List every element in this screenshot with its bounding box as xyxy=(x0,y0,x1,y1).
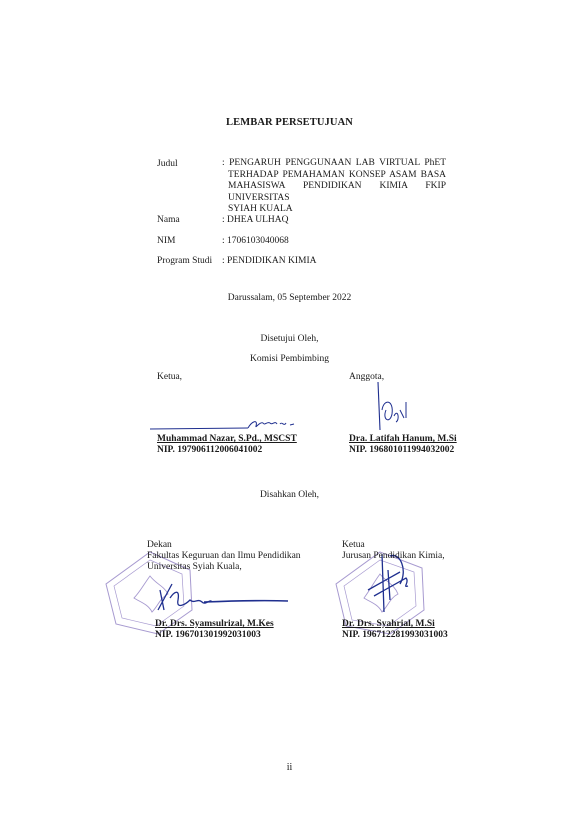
supervisor-nip: NIP. 197906112006041002 xyxy=(157,445,262,455)
official-role-line: Fakultas Keguruan dan Ilmu Pendidikan xyxy=(147,551,301,563)
official-role-line: Ketua xyxy=(342,540,365,552)
judul-value: : PENGARUH PENGGUNAAN LAB VIRTUAL PhET T… xyxy=(222,158,446,216)
official-nip: NIP. 196712281993031003 xyxy=(342,630,448,640)
official-nip: NIP. 196701301992031003 xyxy=(155,630,261,640)
committee-title: Komisi Pembimbing xyxy=(0,354,579,364)
judul-line: : PENGARUH PENGGUNAAN LAB VIRTUAL PhET xyxy=(222,158,446,170)
supervisor-nip: NIP. 196801011994032002 xyxy=(349,445,454,455)
nama-label: Nama xyxy=(157,215,180,225)
judul-line: TERHADAP PEMAHAMAN KONSEP ASAM BASA xyxy=(222,170,446,182)
nama-value: : DHEA ULHAQ xyxy=(222,215,289,227)
official-role-line: Universitas Syiah Kuala, xyxy=(147,562,242,574)
official-name: Dr. Drs. Syamsulrizal, M.Kes xyxy=(155,619,274,629)
program-studi-label: Program Studi xyxy=(157,256,212,266)
supervisor-name: Muhammad Nazar, S.Pd., MSCST xyxy=(157,434,297,444)
judul-line: MAHASISWA PENDIDIKAN KIMIA FKIP UNIVERSI… xyxy=(222,181,446,204)
supervisor-name: Dra. Latifah Hanum, M.Si xyxy=(349,434,457,444)
nim-value: : 1706103040068 xyxy=(222,236,289,248)
signature-dekan xyxy=(150,580,290,616)
official-role-line: Dekan xyxy=(147,540,172,552)
page-number: ii xyxy=(0,762,579,773)
approved-by: Disetujui Oleh, xyxy=(0,334,579,344)
program-studi-value: : PENDIDIKAN KIMIA xyxy=(222,256,316,268)
official-name: Dr. Drs. Syahrial, M.Si xyxy=(342,619,435,629)
place-date: Darussalam, 05 September 2022 xyxy=(0,293,579,303)
signature-ketua xyxy=(148,415,298,435)
signature-anggota xyxy=(370,380,430,435)
nim-label: NIM xyxy=(157,236,175,246)
official-role-line: Jurusan Pendidikan Kimia, xyxy=(342,551,445,563)
supervisor-role: Ketua, xyxy=(157,372,182,384)
page-title: LEMBAR PERSETUJUAN xyxy=(0,117,579,128)
judul-label: Judul xyxy=(157,159,178,169)
ratified-by: Disahkan Oleh, xyxy=(0,490,579,500)
